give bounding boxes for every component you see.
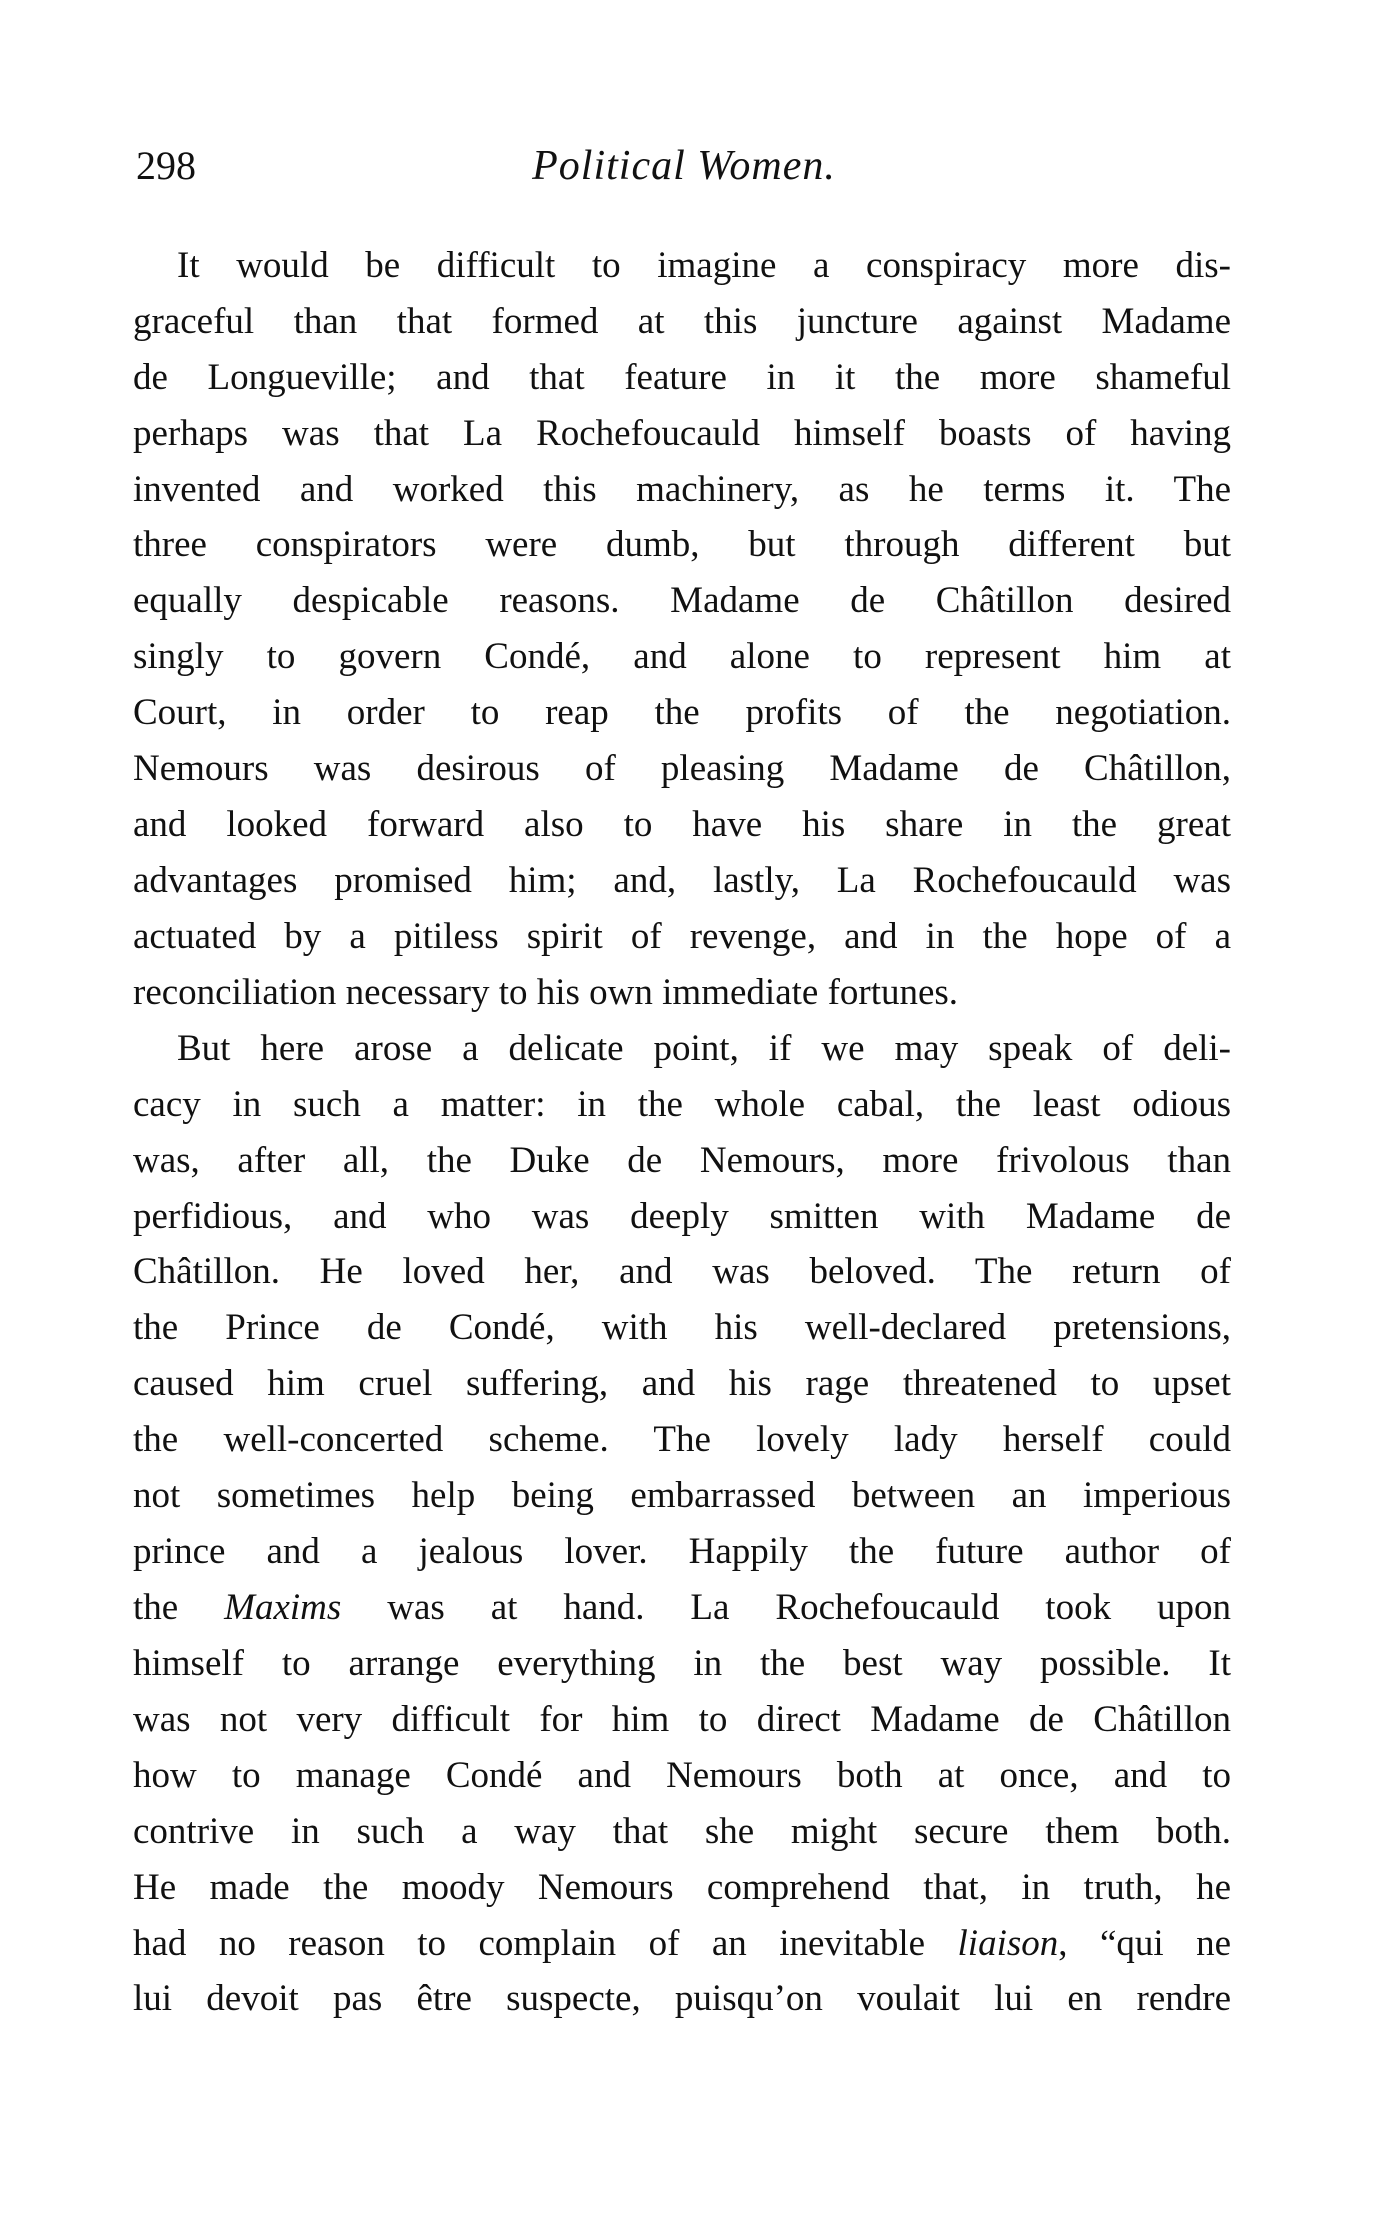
page-number: 298 — [136, 138, 196, 194]
text-line: de Longueville; and that feature in it t… — [133, 350, 1231, 406]
text-line: lui devoit pas être suspecte, puisqu’on … — [133, 1971, 1231, 2027]
text-line: how to manage Condé and Nemours both at … — [133, 1748, 1231, 1804]
text-line: Châtillon. He loved her, and was beloved… — [133, 1244, 1231, 1300]
text-line: invented and worked this machinery, as h… — [133, 462, 1231, 518]
text-line: contrive in such a way that she might se… — [133, 1804, 1231, 1860]
text-run: , “qui ne — [1058, 1923, 1231, 1964]
text-line: not sometimes help being embarrassed bet… — [133, 1468, 1231, 1524]
text-line: and looked forward also to have his shar… — [133, 797, 1231, 853]
book-page: 298 Political Women. It would be difficu… — [0, 0, 1384, 2217]
text-line: three conspirators were dumb, but throug… — [133, 517, 1231, 573]
text-line: equally despicable reasons. Madame de Ch… — [133, 573, 1231, 629]
text-line: was, after all, the Duke de Nemours, mor… — [133, 1133, 1231, 1189]
text-line: graceful than that formed at this junctu… — [133, 294, 1231, 350]
text-run: had no reason to complain of an inevitab… — [133, 1923, 958, 1964]
text-run: was at hand. La Rochefoucauld took upon — [341, 1587, 1231, 1628]
text-line: the Maxims was at hand. La Rochefoucauld… — [133, 1580, 1231, 1636]
text-line: was not very difficult for him to direct… — [133, 1692, 1231, 1748]
text-line: prince and a jealous lover. Happily the … — [133, 1524, 1231, 1580]
text-line: had no reason to complain of an inevitab… — [133, 1916, 1231, 1972]
text-line: He made the moody Nemours comprehend tha… — [133, 1860, 1231, 1916]
running-title: Political Women. — [502, 138, 866, 194]
text-run: the — [133, 1587, 224, 1628]
text-line: actuated by a pitiless spirit of revenge… — [133, 909, 1231, 965]
text-line: It would be difficult to imagine a consp… — [177, 238, 1231, 294]
text-line: But here arose a delicate point, if we m… — [177, 1021, 1231, 1077]
running-head: 298 Political Women. — [0, 138, 1384, 194]
text-line: the Prince de Condé, with his well-decla… — [133, 1300, 1231, 1356]
italic-title-maxims: Maxims — [224, 1587, 341, 1628]
text-line: himself to arrange everything in the bes… — [133, 1636, 1231, 1692]
text-line: cacy in such a matter: in the whole caba… — [133, 1077, 1231, 1133]
text-line: Court, in order to reap the profits of t… — [133, 685, 1231, 741]
text-line: perhaps was that La Rochefoucauld himsel… — [133, 406, 1231, 462]
text-line: the well-concerted scheme. The lovely la… — [133, 1412, 1231, 1468]
text-line: singly to govern Condé, and alone to rep… — [133, 629, 1231, 685]
text-line: advantages promised him; and, lastly, La… — [133, 853, 1231, 909]
text-line: reconciliation necessary to his own imme… — [133, 965, 1231, 1021]
text-line: perfidious, and who was deeply smitten w… — [133, 1189, 1231, 1245]
text-line: Nemours was desirous of pleasing Madame … — [133, 741, 1231, 797]
text-line: caused him cruel suffering, and his rage… — [133, 1356, 1231, 1412]
italic-word-liaison: liaison — [958, 1923, 1059, 1964]
